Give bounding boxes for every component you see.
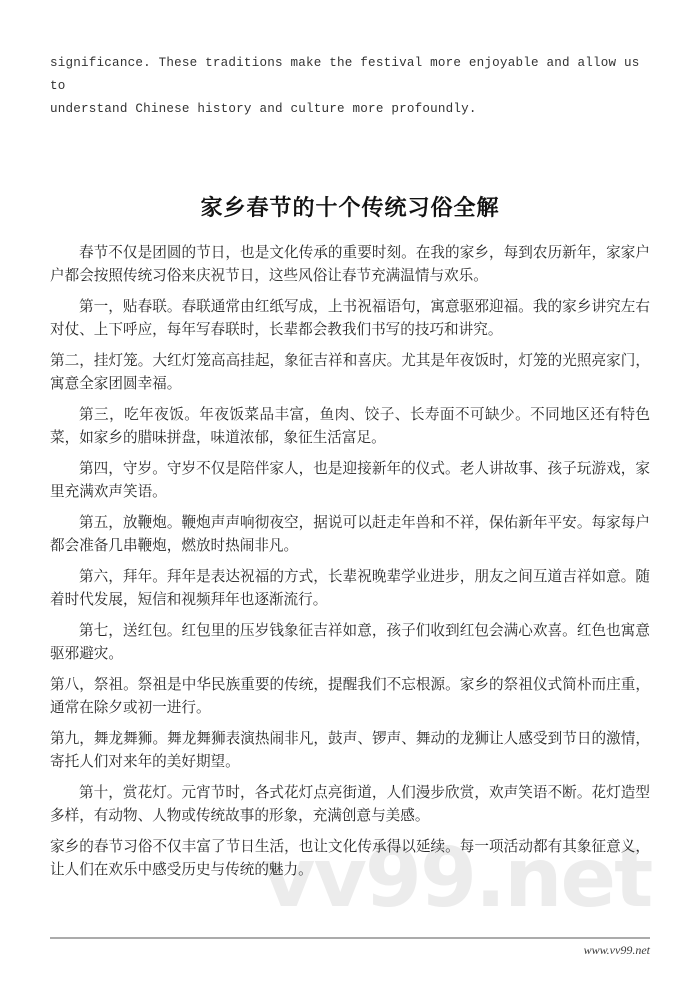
paragraph-custom-10: 第十，赏花灯。元宵节时，各式花灯点亮街道，人们漫步欣赏，欢声笑语不断。花灯造型多… — [50, 782, 650, 828]
paragraph-custom-1: 第一，贴春联。春联通常由红纸写成，上书祝福语句，寓意驱邪迎福。我的家乡讲究左右对… — [50, 296, 650, 342]
paragraph-custom-4: 第四，守岁。守岁不仅是陪伴家人，也是迎接新年的仪式。老人讲故事、孩子玩游戏，家里… — [50, 458, 650, 504]
paragraph-custom-9: 第九，舞龙舞狮。舞龙舞狮表演热闹非凡，鼓声、锣声、舞动的龙狮让人感受到节日的激情… — [50, 728, 650, 774]
footer-site-url: www.vv99.net — [584, 943, 650, 958]
intro-english-paragraph: significance. These traditions make the … — [50, 52, 650, 121]
intro-line-1: significance. These traditions make the … — [50, 52, 650, 98]
document-page: significance. These traditions make the … — [0, 0, 700, 989]
intro-line-2: understand Chinese history and culture m… — [50, 98, 650, 121]
paragraph-intro: 春节不仅是团圆的节日，也是文化传承的重要时刻。在我的家乡，每到农历新年，家家户户… — [50, 242, 650, 288]
paragraph-custom-3: 第三，吃年夜饭。年夜饭菜品丰富，鱼肉、饺子、长寿面不可缺少。不同地区还有特色菜，… — [50, 404, 650, 450]
paragraph-custom-7: 第七，送红包。红包里的压岁钱象征吉祥如意，孩子们收到红包会满心欢喜。红色也寓意驱… — [50, 620, 650, 666]
paragraph-custom-2: 第二，挂灯笼。大红灯笼高高挂起，象征吉祥和喜庆。尤其是年夜饭时，灯笼的光照亮家门… — [50, 350, 650, 396]
paragraph-custom-5: 第五，放鞭炮。鞭炮声声响彻夜空，据说可以赶走年兽和不祥，保佑新年平安。每家每户都… — [50, 512, 650, 558]
paragraph-conclusion: 家乡的春节习俗不仅丰富了节日生活，也让文化传承得以延续。每一项活动都有其象征意义… — [50, 836, 650, 882]
paragraph-custom-6: 第六，拜年。拜年是表达祝福的方式，长辈祝晚辈学业进步，朋友之间互道吉祥如意。随着… — [50, 566, 650, 612]
paragraph-custom-8: 第八，祭祖。祭祖是中华民族重要的传统，提醒我们不忘根源。家乡的祭祖仪式简朴而庄重… — [50, 674, 650, 720]
footer-divider — [50, 937, 650, 939]
document-title: 家乡春节的十个传统习俗全解 — [50, 193, 650, 223]
document-body: 春节不仅是团圆的节日，也是文化传承的重要时刻。在我的家乡，每到农历新年，家家户户… — [50, 242, 650, 882]
